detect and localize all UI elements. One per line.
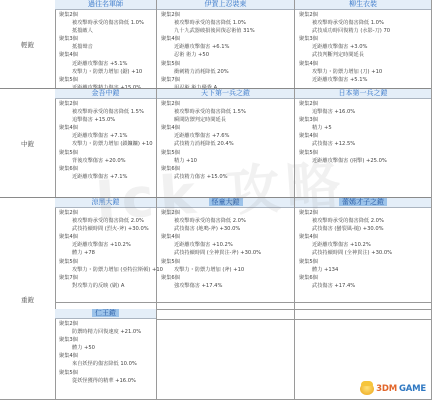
- set-cell: 伊賀上忍裝束 聚集2個 被攻擊時承受的傷害降低 1.0% 九十九武器破損後回復忍…: [157, 0, 295, 88]
- effect: 九十九武器破損後回復忍術值 31%: [161, 27, 294, 35]
- effect: 攻擊力・防禦力增加 (鋸) +10: [59, 68, 156, 76]
- tier-label: 聚集4個: [161, 233, 294, 241]
- set-cell: 蕾嫣才子之鎧 聚集2個 被攻擊時承受的傷害降低 2.0% 武技傷害 (蠻裂風-槌…: [295, 198, 431, 302]
- effect: 近距離攻擊傷害 +5.1%: [59, 60, 156, 68]
- tier-label: 聚集2個: [161, 100, 294, 108]
- effect: 被攻擊時承受的傷害降低 1.5%: [59, 108, 156, 116]
- effect: 近距離攻擊傷害 +6.1%: [161, 43, 294, 51]
- effect: 對攻擊力的反映 (刷) A: [59, 282, 156, 290]
- effect: 近距離攻擊傷害 +7.6%: [161, 132, 294, 140]
- effect: 精力 +10: [161, 157, 294, 165]
- empty-cell: [55, 302, 157, 309]
- effect: 攻擊力・防禦力增加 (鎖鐮鐮) +10: [59, 140, 156, 148]
- tier-label: 聚集5個: [161, 60, 294, 68]
- tier-label: 聚集2個: [299, 11, 431, 19]
- set-name: 過往名軍師: [55, 0, 156, 10]
- tier-label: 聚集4個: [59, 124, 156, 132]
- effect: 被攻擊時承受的傷害降低 2.0%: [299, 217, 431, 225]
- set-name-header: 仁王鎧: [55, 309, 156, 319]
- tier-label: 聚集2個: [299, 209, 431, 217]
- effect: 武技持續時間 (烈火-斧) +30.0%: [59, 225, 156, 233]
- effect: 瞬間防禦判定時間延長: [161, 116, 294, 124]
- effect: 攻擊力・防禦力增加 (亞特拉斯頓) +10: [59, 266, 156, 274]
- site-logo: 3DM GAME: [360, 383, 426, 395]
- set-name: 怪童大鎧: [209, 198, 243, 206]
- tier-label: 聚集6個: [161, 274, 294, 282]
- tier-label: 聚集3個: [299, 35, 431, 43]
- tier-label: 聚集2個: [59, 11, 156, 19]
- effect: 精力 +5: [299, 124, 431, 132]
- set-name: 天下第一兵之鎧: [157, 89, 294, 99]
- group-medium-armor: 中鎧 金吾中鎧 聚集2個 被攻擊時承受的傷害降低 1.5% 追擊傷害 +15.0…: [0, 88, 431, 198]
- tier-label: 聚集3個: [59, 336, 156, 344]
- effect: 武技精力消耗降低 20.4%: [161, 140, 294, 148]
- effect: 強攻擊傷害 +17.4%: [161, 282, 294, 290]
- set-name: 柳生衣裝: [295, 0, 431, 10]
- tier-label: 聚集2個: [59, 320, 156, 328]
- effect: 追擊傷害 +15.0%: [59, 116, 156, 124]
- group-heavy-armor: 重鎧 涼黑大鎧 聚集2個 被攻擊時承受的傷害降低 2.0% 武技持續時間 (烈火…: [0, 197, 431, 400]
- set-cell: 柳生衣裝 聚集2個 被攻擊時承受的傷害降低 1.0% 武技成功時回復精力 (水影…: [295, 0, 431, 88]
- effect: 武技持續時間 (全神貫注) +30.0%: [299, 249, 431, 257]
- tier-label: 聚集7個: [161, 76, 294, 84]
- tier-label: 聚集4個: [299, 233, 431, 241]
- group-light-armor: 輕鎧 過往名軍師 聚集2個 被攻擊時承受的傷害降低 1.0% 抵擋敵人 聚集3個…: [0, 0, 431, 88]
- effect: 被攻擊時承受的傷害降低 2.0%: [59, 217, 156, 225]
- effect: 攻擊力・防禦力增加 (斧) +10: [161, 266, 294, 274]
- tier-label: 聚集5個: [161, 149, 294, 157]
- tier-label: 聚集5個: [299, 258, 431, 266]
- tier-label: 聚集5個: [299, 149, 431, 157]
- set-cell: 金吾中鎧 聚集2個 被攻擊時承受的傷害降低 1.5% 追擊傷害 +15.0% 聚…: [55, 89, 157, 198]
- tier-label: 聚集4個: [59, 233, 156, 241]
- effect: 被攻擊時承受的傷害降低 1.0%: [161, 19, 294, 27]
- effect: 抵擋聲音: [59, 43, 156, 51]
- set-name-header: 怪童大鎧: [157, 198, 294, 208]
- tier-label: 聚集2個: [59, 100, 156, 108]
- group-label: 輕鎧: [0, 0, 56, 88]
- tier-label: 聚集6個: [59, 165, 156, 173]
- effect: 防禦時精力回復速度 +21.0%: [59, 328, 156, 336]
- effect: 武技傷害 (蠻裂風-槌) +30.0%: [299, 225, 431, 233]
- effect: 武技精力傷害 +15.0%: [161, 173, 294, 181]
- set-cell: 仁王鎧 聚集2個 防禦時精力回復速度 +21.0% 聚集3個 體力 +50 聚集…: [55, 309, 157, 400]
- mascot-icon: [360, 383, 374, 395]
- set-name: 日本第一兵之鎧: [295, 89, 431, 99]
- tier-label: 聚集2個: [59, 209, 156, 217]
- effect: 武技成功時回復精力 (水影-刀) 70: [299, 27, 431, 35]
- effect: 攻擊力・防禦力增加 (刀) +10: [299, 68, 431, 76]
- effect: 被攻擊時承受的傷害降低 1.5%: [161, 108, 294, 116]
- effect: 武技判斷判定時間延長: [299, 51, 431, 59]
- tier-label: 聚集4個: [161, 35, 294, 43]
- effect: 武技傷害 (地鳴-斧) +30.0%: [161, 225, 294, 233]
- tier-label: 聚集5個: [59, 369, 156, 377]
- set-name: 蕾嫣才子之鎧: [339, 198, 387, 206]
- set-cell: 過往名軍師 聚集2個 被攻擊時承受的傷害降低 1.0% 抵擋敵人 聚集3個 抵擋…: [55, 0, 157, 88]
- tier-label: 聚集5個: [59, 76, 156, 84]
- armor-set-table: 輕鎧 過往名軍師 聚集2個 被攻擊時承受的傷害降低 1.0% 抵擋敵人 聚集3個…: [0, 0, 432, 400]
- tier-label: 聚集5個: [59, 258, 156, 266]
- effect: 近距離攻擊傷害 +10.2%: [161, 241, 294, 249]
- effect: 忍術 術力 +50: [161, 51, 294, 59]
- tier-label: 聚集4個: [299, 60, 431, 68]
- effect: 近距離攻擊傷害 +7.1%: [59, 132, 156, 140]
- effect: 抵擋敵人: [59, 27, 156, 35]
- tier-label: 聚集6個: [161, 165, 294, 173]
- tier-label: 聚集4個: [299, 132, 431, 140]
- tier-label: 聚集2個: [161, 209, 294, 217]
- effect: 被攻擊時承受的傷害降低 2.0%: [161, 217, 294, 225]
- effect: 來自妖怪的傷害降低 10.0%: [59, 360, 156, 368]
- tier-label: 聚集5個: [59, 149, 156, 157]
- set-cell: 日本第一兵之鎧 聚集2個 追擊傷害 +16.0% 聚集3個 精力 +5 聚集4個…: [295, 89, 431, 198]
- set-cell: 涼黑大鎧 聚集2個 被攻擊時承受的傷害降低 2.0% 武技持續時間 (烈火-斧)…: [55, 198, 157, 302]
- effect: 近距離攻擊傷害 +7.1%: [59, 173, 156, 181]
- effect: 武技傷害 +12.5%: [299, 140, 431, 148]
- empty-cell: [157, 309, 295, 400]
- tier-label: 聚集4個: [59, 51, 156, 59]
- set-name: 仁王鎧: [92, 309, 119, 317]
- tier-label: 聚集4個: [161, 124, 294, 132]
- effect: 被攻擊時承受的傷害降低 1.0%: [299, 19, 431, 27]
- effect: 武技持續時間 (全神貫注-斧) +30.0%: [161, 249, 294, 257]
- effect: 近距離攻擊傷害 +5.1%: [299, 76, 431, 84]
- row-divider: [157, 319, 431, 320]
- tier-label: 聚集2個: [161, 11, 294, 19]
- effect: 體力 +78: [59, 249, 156, 257]
- tier-label: 聚集7個: [59, 274, 156, 282]
- tier-label: 聚集5個: [161, 258, 294, 266]
- effect: 近距離攻擊傷害 +10.2%: [59, 241, 156, 249]
- effect: 體力 +134: [299, 266, 431, 274]
- effect: 近距離攻擊傷害 +10.2%: [299, 241, 431, 249]
- set-name-header: 蕾嫣才子之鎧: [295, 198, 431, 208]
- set-name: 涼黑大鎧: [55, 198, 156, 208]
- tier-label: 聚集3個: [299, 116, 431, 124]
- tier-label: 聚集2個: [299, 100, 431, 108]
- set-name: 金吾中鎧: [55, 89, 156, 99]
- effect: 背後攻擊傷害 +20.0%: [59, 157, 156, 165]
- effect: 體力 +50: [59, 344, 156, 352]
- empty-cell: [157, 302, 295, 309]
- effect: 從妖怪獲得的精華 +16.0%: [59, 377, 156, 385]
- set-name: 伊賀上忍裝束: [157, 0, 294, 10]
- effect: 武技傷害 +17.4%: [299, 282, 431, 290]
- logo-text-3dm: 3DM: [376, 384, 397, 394]
- tier-label: 聚集4個: [59, 352, 156, 360]
- tier-label: 聚集6個: [299, 274, 431, 282]
- group-label: 中鎧: [0, 89, 56, 198]
- effect: 近距離攻擊傷害 +3.0%: [299, 43, 431, 51]
- set-cell: 天下第一兵之鎧 聚集2個 被攻擊時承受的傷害降低 1.5% 瞬間防禦判定時間延長…: [157, 89, 295, 198]
- tier-label: 聚集3個: [59, 35, 156, 43]
- logo-text-game: GAME: [399, 384, 426, 394]
- group-label: 重鎧: [0, 198, 56, 400]
- effect: 衝刺精力消耗降低 20%: [161, 68, 294, 76]
- effect: 追擊傷害 +16.0%: [299, 108, 431, 116]
- set-cell: 怪童大鎧 聚集2個 被攻擊時承受的傷害降低 2.0% 武技傷害 (地鳴-斧) +…: [157, 198, 295, 302]
- effect: 被攻擊時承受的傷害降低 1.0%: [59, 19, 156, 27]
- effect: 近距離攻擊傷害 (兩擊) +25.0%: [299, 157, 431, 165]
